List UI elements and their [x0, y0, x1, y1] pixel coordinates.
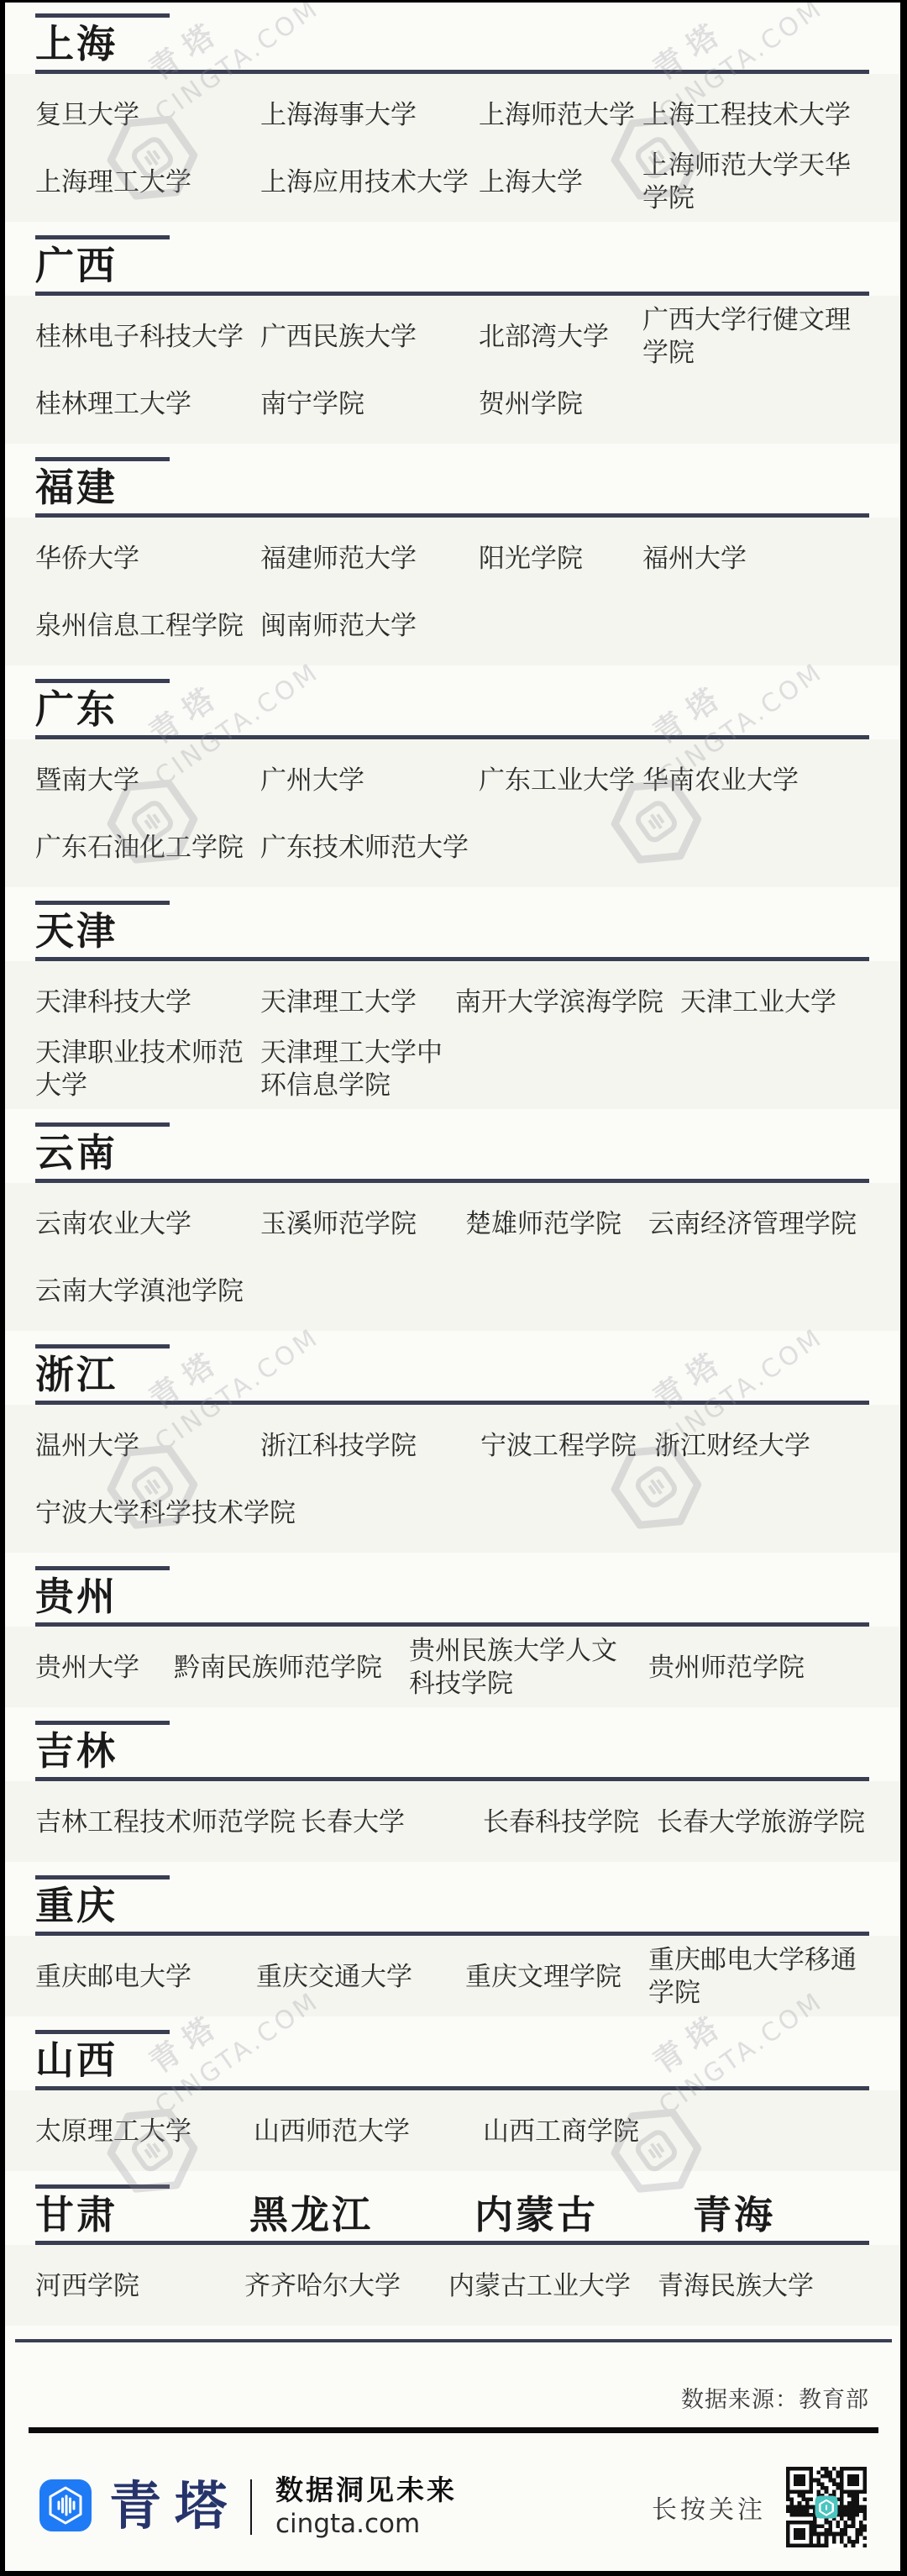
university-rows: 暨南大学广州大学广东工业大学华南农业大学广东石油化工学院广东技术师范大学: [5, 739, 900, 887]
university-name: 重庆邮电大学移通学院: [648, 1944, 869, 2010]
university-name: 长春科技学院: [483, 1790, 650, 1855]
university-row: 太原理工大学山西师范大学山西工商学院: [35, 2099, 900, 2164]
section-overline: [35, 457, 170, 461]
university-name: 华南农业大学: [642, 748, 869, 813]
sections-container: 上海复旦大学上海海事大学上海师范大学上海工程技术大学上海理工大学上海应用技术大学…: [0, 0, 907, 2326]
province-title: 甘肃: [35, 2195, 118, 2234]
university-name: 长春大学旅游学院: [657, 1790, 869, 1855]
province-title: 内蒙古: [474, 2195, 598, 2234]
qr-code: [786, 2467, 867, 2547]
multi-province-titles: 甘肃黑龙江内蒙古青海: [35, 2195, 907, 2234]
university-name: 重庆邮电大学: [35, 1944, 249, 2010]
province-section: 福建华侨大学福建师范大学阳光学院福州大学泉州信息工程学院闽南师范大学: [0, 457, 907, 665]
province-title: 青海: [693, 2195, 775, 2234]
source-note: 数据来源：教育部: [681, 2387, 869, 2413]
section-overline: [35, 235, 170, 239]
university-name: 南宁学院: [260, 371, 472, 437]
follow-label: 长按关注: [652, 2489, 766, 2526]
frame-edge-top: [0, 0, 907, 3]
frame-edge-left: [0, 0, 5, 2576]
footer-brand-group: 青塔 数据洞见未来 cingta.com: [39, 2473, 457, 2541]
page-root: 青塔CINGTA.COM青塔CINGTA.COM青塔CINGTA.COM青塔CI…: [0, 0, 907, 2576]
university-name: 天津工业大学: [680, 970, 869, 1035]
province-section: 广西桂林电子科技大学广西民族大学北部湾大学广西大学行健文理学院桂林理工大学南宁学…: [0, 235, 907, 444]
university-name: 阳光学院: [479, 526, 636, 591]
university-row: 桂林理工大学南宁学院贺州学院: [35, 371, 900, 437]
university-name: 山西师范大学: [254, 2099, 476, 2164]
university-row: 云南农业大学玉溪师范学院楚雄师范学院云南经济管理学院: [35, 1191, 900, 1257]
footer: 青塔 数据洞见未来 cingta.com 长按关注: [0, 2433, 907, 2547]
university-name: 重庆文理学院: [465, 1944, 642, 2010]
section-overline: [35, 13, 170, 18]
university-rows: 桂林电子科技大学广西民族大学北部湾大学广西大学行健文理学院桂林理工大学南宁学院贺…: [5, 296, 900, 444]
university-name: 上海师范大学: [479, 82, 636, 148]
province-section: 天津天津科技大学天津理工大学南开大学滨海学院天津工业大学天津职业技术师范大学天津…: [0, 901, 907, 1109]
university-name: 浙江科技学院: [260, 1413, 474, 1479]
province-section: 吉林吉林工程技术师范学院长春大学长春科技学院长春大学旅游学院: [0, 1721, 907, 1862]
university-name: 河西学院: [35, 2253, 238, 2319]
university-rows: 重庆邮电大学重庆交通大学重庆文理学院重庆邮电大学移通学院: [5, 1936, 900, 2016]
university-name: 天津理工大学: [260, 970, 448, 1035]
province-section: 上海复旦大学上海海事大学上海师范大学上海工程技术大学上海理工大学上海应用技术大学…: [0, 13, 907, 222]
university-rows: 华侨大学福建师范大学阳光学院福州大学泉州信息工程学院闽南师范大学: [5, 518, 900, 665]
university-name: 玉溪师范学院: [260, 1191, 459, 1257]
footer-vertical-divider: [250, 2479, 252, 2535]
university-name: 桂林电子科技大学: [35, 304, 254, 370]
footer-follow-group: 长按关注: [652, 2467, 867, 2547]
footer-site: cingta.com: [275, 2507, 457, 2541]
province-section: 重庆重庆邮电大学重庆交通大学重庆文理学院重庆邮电大学移通学院: [0, 1875, 907, 2016]
footer-tagline-block: 数据洞见未来 cingta.com: [275, 2473, 457, 2541]
province-section: 广东暨南大学广州大学广东工业大学华南农业大学广东石油化工学院广东技术师范大学: [0, 679, 907, 887]
university-name: 广西民族大学: [260, 304, 472, 370]
university-row: 宁波大学科学技术学院: [35, 1480, 900, 1546]
university-name: 贵州民族大学人文科技学院: [409, 1635, 642, 1701]
province-title: 上海: [35, 24, 907, 63]
section-overline: [35, 679, 170, 683]
province-section: 云南云南农业大学玉溪师范学院楚雄师范学院云南经济管理学院云南大学滇池学院: [0, 1122, 907, 1331]
university-name: 福建师范大学: [260, 526, 472, 591]
university-row: 温州大学浙江科技学院宁波工程学院浙江财经大学: [35, 1413, 900, 1479]
university-name: 长春大学: [301, 1790, 476, 1855]
university-name: 齐齐哈尔大学: [244, 2253, 442, 2319]
university-name: 广东工业大学: [479, 748, 636, 813]
university-name: 内蒙古工业大学: [448, 2253, 651, 2319]
university-name: 华侨大学: [35, 526, 254, 591]
footer-divider-thick: [29, 2427, 878, 2433]
university-name: 贺州学院: [479, 371, 869, 437]
university-row: 云南大学滇池学院: [35, 1259, 900, 1324]
brand-logo-icon: [39, 2479, 92, 2536]
university-name: 泉州信息工程学院: [35, 593, 254, 659]
province-section: 山西太原理工大学山西师范大学山西工商学院: [0, 2030, 907, 2171]
brand-name: 青塔: [109, 2481, 240, 2533]
section-overline: [35, 1875, 170, 1879]
university-name: 吉林工程技术师范学院: [35, 1790, 299, 1855]
university-name: 宁波大学科学技术学院: [35, 1480, 869, 1546]
university-rows: 太原理工大学山西师范大学山西工商学院: [5, 2090, 900, 2171]
university-name: 桂林理工大学: [35, 371, 254, 437]
footer-tagline: 数据洞见未来: [275, 2473, 457, 2507]
university-name: 上海工程技术大学: [642, 82, 869, 148]
university-name: 云南大学滇池学院: [35, 1259, 869, 1324]
province-title: 山西: [35, 2041, 907, 2079]
university-row: 暨南大学广州大学广东工业大学华南农业大学: [35, 748, 900, 813]
province-section: 浙江温州大学浙江科技学院宁波工程学院浙江财经大学宁波大学科学技术学院: [0, 1344, 907, 1553]
university-rows: 温州大学浙江科技学院宁波工程学院浙江财经大学宁波大学科学技术学院: [5, 1405, 900, 1553]
university-name: 浙江财经大学: [654, 1413, 869, 1479]
university-name: 广东石油化工学院: [35, 815, 254, 881]
university-name: 贵州大学: [35, 1635, 167, 1701]
university-name: 云南经济管理学院: [648, 1191, 869, 1257]
section-overline: [35, 1344, 170, 1348]
university-name: 山西工商学院: [483, 2099, 869, 2164]
university-name: 复旦大学: [35, 82, 254, 148]
university-name: 上海海事大学: [260, 82, 472, 148]
university-row: 广东石油化工学院广东技术师范大学: [35, 815, 900, 881]
province-title: 吉林: [35, 1732, 907, 1770]
university-row: 复旦大学上海海事大学上海师范大学上海工程技术大学: [35, 82, 900, 148]
province-title: 天津: [35, 912, 907, 950]
source-row: 数据来源：教育部: [0, 2342, 907, 2414]
section-overline: [35, 1122, 170, 1127]
section-overline: [35, 2030, 170, 2034]
university-name: 广州大学: [260, 748, 472, 813]
university-name: 福州大学: [642, 526, 869, 591]
university-row: 吉林工程技术师范学院长春大学长春科技学院长春大学旅游学院: [35, 1790, 900, 1855]
frame-edge-bottom: [0, 2571, 907, 2576]
university-name: 天津职业技术师范大学: [35, 1037, 252, 1102]
university-name: 暨南大学: [35, 748, 254, 813]
university-row: 重庆邮电大学重庆交通大学重庆文理学院重庆邮电大学移通学院: [35, 1944, 900, 2010]
university-name: 天津理工大学中环信息学院: [260, 1037, 453, 1102]
university-name: 广西大学行健文理学院: [642, 304, 869, 370]
university-name: 上海师范大学天华学院: [642, 150, 869, 215]
university-row: 天津职业技术师范大学天津理工大学中环信息学院: [35, 1037, 900, 1102]
section-overline: [35, 1566, 170, 1570]
university-row: 华侨大学福建师范大学阳光学院福州大学: [35, 526, 900, 591]
university-name: 重庆交通大学: [256, 1944, 459, 2010]
university-rows: 天津科技大学天津理工大学南开大学滨海学院天津工业大学天津职业技术师范大学天津理工…: [5, 961, 900, 1109]
university-name: 上海理工大学: [35, 150, 254, 215]
university-name: 青海民族大学: [658, 2253, 869, 2319]
university-row: 贵州大学黔南民族师范学院贵州民族大学人文科技学院贵州师范学院: [35, 1635, 900, 1701]
university-name: 楚雄师范学院: [465, 1191, 642, 1257]
university-row: 上海理工大学上海应用技术大学上海大学上海师范大学天华学院: [35, 150, 900, 215]
section-overline: [35, 901, 170, 905]
university-name: 宁波工程学院: [480, 1413, 647, 1479]
university-rows: 吉林工程技术师范学院长春大学长春科技学院长春大学旅游学院: [5, 1781, 900, 1862]
university-name: 黔南民族师范学院: [174, 1635, 402, 1701]
university-name: 云南农业大学: [35, 1191, 254, 1257]
province-title: 广西: [35, 246, 907, 285]
province-title: 黑龙江: [249, 2195, 373, 2234]
province-title: 广东: [35, 690, 907, 728]
section-overline: [35, 1721, 170, 1725]
university-rows: 云南农业大学玉溪师范学院楚雄师范学院云南经济管理学院云南大学滇池学院: [5, 1183, 900, 1331]
university-name: 闽南师范大学: [260, 593, 869, 659]
university-row: 天津科技大学天津理工大学南开大学滨海学院天津工业大学: [35, 970, 900, 1035]
university-rows: 贵州大学黔南民族师范学院贵州民族大学人文科技学院贵州师范学院: [5, 1627, 900, 1707]
university-name: 天津科技大学: [35, 970, 254, 1035]
province-title: 重庆: [35, 1886, 907, 1925]
university-name: 上海应用技术大学: [260, 150, 472, 215]
university-name: 上海大学: [479, 150, 636, 215]
university-rows: 河西学院齐齐哈尔大学内蒙古工业大学青海民族大学: [5, 2245, 900, 2326]
province-title: 浙江: [35, 1355, 907, 1394]
university-name: 温州大学: [35, 1413, 254, 1479]
province-section: 贵州贵州大学黔南民族师范学院贵州民族大学人文科技学院贵州师范学院: [0, 1566, 907, 1707]
province-title: 贵州: [35, 1577, 907, 1616]
university-name: 广东技术师范大学: [260, 815, 869, 881]
university-name: 南开大学滨海学院: [455, 970, 674, 1035]
province-title: 福建: [35, 468, 907, 507]
province-section: 甘肃黑龙江内蒙古青海河西学院齐齐哈尔大学内蒙古工业大学青海民族大学: [0, 2184, 907, 2326]
frame-edge-right: [900, 0, 907, 2576]
university-name: 贵州师范学院: [648, 1635, 869, 1701]
university-name: 太原理工大学: [35, 2099, 247, 2164]
university-row: 桂林电子科技大学广西民族大学北部湾大学广西大学行健文理学院: [35, 304, 900, 370]
section-overline: [35, 2184, 170, 2189]
province-title: 云南: [35, 1133, 907, 1172]
university-row: 河西学院齐齐哈尔大学内蒙古工业大学青海民族大学: [35, 2253, 900, 2319]
university-row: 泉州信息工程学院闽南师范大学: [35, 593, 900, 659]
university-rows: 复旦大学上海海事大学上海师范大学上海工程技术大学上海理工大学上海应用技术大学上海…: [5, 74, 900, 222]
university-name: 北部湾大学: [479, 304, 636, 370]
